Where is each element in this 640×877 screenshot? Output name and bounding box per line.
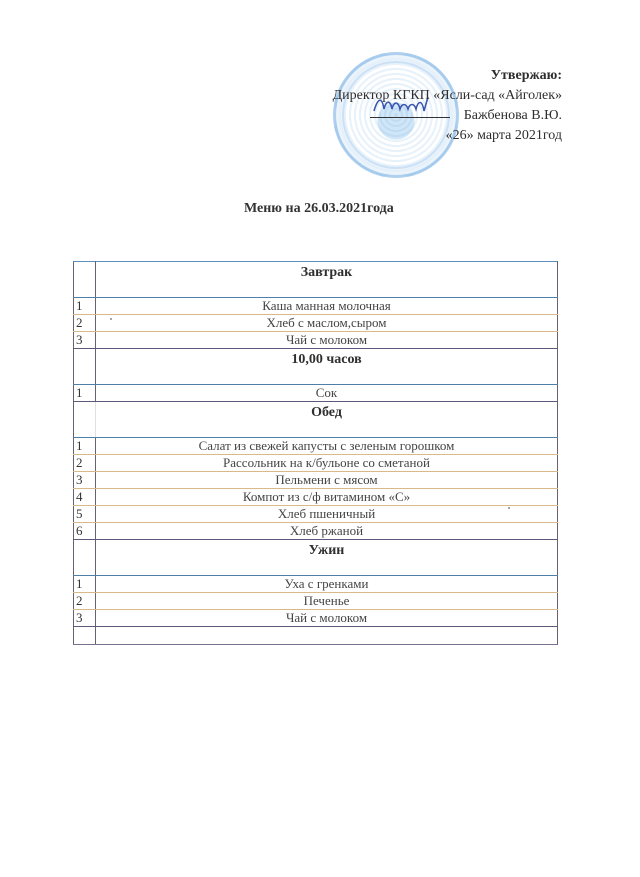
section-number-cell xyxy=(74,402,96,438)
item-number: 1 xyxy=(74,576,96,593)
approval-date: «26» марта 2021год xyxy=(333,126,562,146)
empty-name-cell xyxy=(96,627,558,645)
item-name: Чай с молоком xyxy=(96,332,558,349)
menu-table: Завтрак1Каша манная молочная2Хлеб с масл… xyxy=(73,261,558,645)
scan-speck xyxy=(508,507,510,509)
section-header-row: Обед xyxy=(74,402,558,438)
section-heading: Завтрак xyxy=(96,262,558,298)
section-number-cell xyxy=(74,540,96,576)
item-name: Салат из свежей капусты с зеленым горошк… xyxy=(96,438,558,455)
section-heading: Ужин xyxy=(96,540,558,576)
empty-number-cell xyxy=(74,627,96,645)
item-number: 4 xyxy=(74,489,96,506)
item-name: Хлеб пшеничный xyxy=(96,506,558,523)
item-name: Каша манная молочная xyxy=(96,298,558,315)
menu-item-row: 1Салат из свежей капусты с зеленым горош… xyxy=(74,438,558,455)
section-number-cell xyxy=(74,262,96,298)
item-number: 1 xyxy=(74,438,96,455)
item-number: 1 xyxy=(74,298,96,315)
approval-signer: Бажбенова В.Ю. xyxy=(333,106,562,126)
item-name: Печенье xyxy=(96,593,558,610)
section-heading: Обед xyxy=(96,402,558,438)
section-heading: 10,00 часов xyxy=(96,349,558,385)
section-header-row: Ужин xyxy=(74,540,558,576)
menu-item-row: 1Каша манная молочная xyxy=(74,298,558,315)
item-name: Хлеб ржаной xyxy=(96,523,558,540)
item-number: 3 xyxy=(74,610,96,627)
item-name: Пельмени с мясом xyxy=(96,472,558,489)
approval-position: Директор КГКП «Ясли-сад «Айголек» xyxy=(333,86,562,106)
item-number: 5 xyxy=(74,506,96,523)
section-header-row: Завтрак xyxy=(74,262,558,298)
item-name: Уха с гренками xyxy=(96,576,558,593)
scan-speck xyxy=(110,318,112,320)
menu-item-row: 3Чай с молоком xyxy=(74,610,558,627)
item-name: Чай с молоком xyxy=(96,610,558,627)
approval-block: Утвержаю: Директор КГКП «Ясли-сад «Айгол… xyxy=(333,66,562,146)
item-number: 3 xyxy=(74,332,96,349)
menu-item-row: 1Уха с гренками xyxy=(74,576,558,593)
section-header-row: 10,00 часов xyxy=(74,349,558,385)
item-number: 2 xyxy=(74,455,96,472)
item-number: 6 xyxy=(74,523,96,540)
menu-item-row: 2Хлеб с маслом,сыром xyxy=(74,315,558,332)
section-number-cell xyxy=(74,349,96,385)
item-number: 2 xyxy=(74,593,96,610)
menu-item-row: 1Сок xyxy=(74,385,558,402)
menu-item-row: 3Чай с молоком xyxy=(74,332,558,349)
item-name: Хлеб с маслом,сыром xyxy=(96,315,558,332)
item-name: Компот из с/ф витамином «С» xyxy=(96,489,558,506)
item-number: 3 xyxy=(74,472,96,489)
menu-item-row: 2Печенье xyxy=(74,593,558,610)
item-name: Сок xyxy=(96,385,558,402)
menu-item-row: 4Компот из с/ф витамином «С» xyxy=(74,489,558,506)
menu-item-row: 2Рассольник на к/бульоне со сметаной xyxy=(74,455,558,472)
empty-row xyxy=(74,627,558,645)
item-number: 2 xyxy=(74,315,96,332)
menu-item-row: 3Пельмени с мясом xyxy=(74,472,558,489)
document-title: Меню на 26.03.2021года xyxy=(244,201,394,217)
item-name: Рассольник на к/бульоне со сметаной xyxy=(96,455,558,472)
approval-title: Утвержаю: xyxy=(333,66,562,86)
menu-item-row: 6Хлеб ржаной xyxy=(74,523,558,540)
menu-item-row: 5Хлеб пшеничный xyxy=(74,506,558,523)
item-number: 1 xyxy=(74,385,96,402)
